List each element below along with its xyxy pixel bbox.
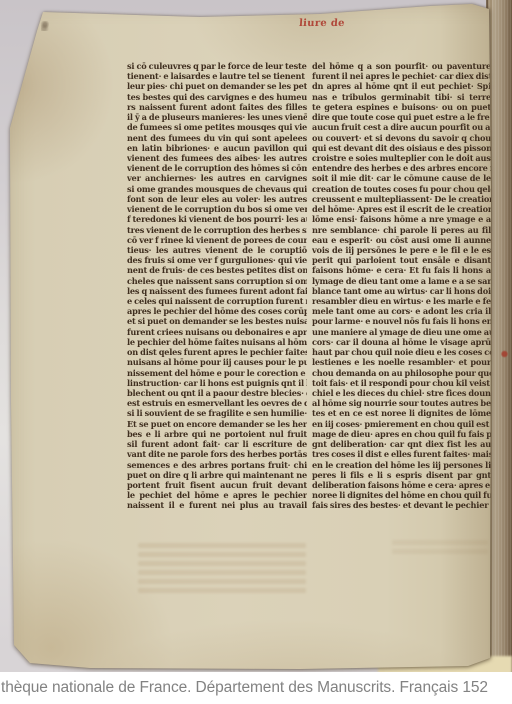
- manuscript-line: cors· car il douna al hōme le visage apr…: [312, 337, 491, 347]
- manuscript-line: leur pies· chi puet on demander se les p…: [127, 81, 307, 91]
- manuscript-line: puet on dire q li arbre qui maintenant n…: [127, 470, 307, 480]
- manuscript-line: le pechiet del hōme e apres le pechier: [127, 490, 307, 500]
- manuscript-line: sil furent adont fait· car li escriture …: [127, 439, 307, 449]
- manuscript-line: lymage de dieu tant ome a lame e a se sa…: [312, 276, 491, 286]
- manuscript-line: dn apres al hōme qnt il eut pechiet· Spi: [312, 81, 491, 91]
- manuscript-line: bes e li arbre qui ne portoient nul frui…: [127, 429, 307, 439]
- manuscript-line: est estruis en esmervellant les oevres d…: [127, 398, 307, 408]
- manuscript-line: linstruction· car li hons est puignis qn…: [127, 378, 307, 388]
- manuscript-line: del hōme q a son pourfit· ou paventure: [312, 61, 491, 71]
- manuscript-line: mage de dieu· apres en chou quil fu fais…: [312, 429, 491, 439]
- rubric-underlined-text: nas e tribulos germinabit tibi·: [312, 92, 452, 102]
- manuscript-line: nent de fruis· de ces bestes petites dis…: [127, 265, 307, 275]
- manuscript-line: tes bestes qui des carvignes e des humeu: [127, 92, 307, 102]
- manuscript-line: perit qui parloient tout ensāle e disant: [312, 255, 491, 265]
- rubric-underlined-text: del hōme·: [312, 204, 355, 214]
- rubric-underlined-text: De le creation: [434, 194, 491, 204]
- manuscript-line: lōme ensi· faisons hōme a nre ymage e a: [312, 214, 491, 224]
- manuscript-line: blechent ou qnt il a paour destre blecie…: [127, 388, 307, 398]
- manuscript-line: des fruis si ome ver f gurguliones· qui …: [127, 255, 307, 265]
- manuscript-line: gnt deliberation· car qnt diex fist les …: [312, 439, 491, 449]
- manuscript-line: creation de toutes coses fu pour chou qe…: [312, 184, 491, 194]
- manuscript-line: resambler dieu en wirtus· e les marle e …: [312, 296, 491, 306]
- manuscript-line: vienent de le corruption du bos si ome v…: [127, 204, 307, 214]
- manuscript-photo: liure de si cō culeuvres q par le force …: [0, 0, 512, 704]
- manuscript-line: croistre e soies multeplier con le doit …: [312, 153, 491, 163]
- manuscript-line: naissent il e furent nei plus au travail: [127, 500, 307, 510]
- ink-bleedthrough-left: [138, 543, 306, 597]
- manuscript-line: en iij coses· pmierement en chou quil es…: [312, 419, 491, 429]
- manuscript-line: noree li dignites del hōme en chou quil …: [312, 490, 491, 500]
- manuscript-line: cheles que naissent sans corruption si o…: [127, 276, 307, 286]
- manuscript-line: lestienes e les noelle resambler· et pou…: [312, 357, 491, 367]
- caption-bar: thèque nationale de France. Département …: [0, 672, 512, 704]
- manuscript-line: qui est devant dit des oisiaus e des pis…: [312, 143, 491, 153]
- manuscript-line: chiel e les dieces du chiel· stre fices …: [312, 388, 491, 398]
- manuscript-line: nuisans al hōme pour iij causes pour le …: [127, 357, 307, 367]
- manuscript-line: nas e tribulos germinabit tibi· si terre: [312, 92, 491, 102]
- manuscript-line: Et se puet on encore demander se les her: [127, 419, 307, 429]
- manuscript-line: rs naissent furent adont faites des fill…: [127, 102, 307, 112]
- manuscript-line: les q naissent des fumees furent adont f…: [127, 286, 307, 296]
- manuscript-line: et si puet on demander se les bestes nui…: [127, 316, 307, 326]
- manuscript-line: nissement del hōme e pour le corection e…: [127, 368, 307, 378]
- manuscript-line: furent criees nuisans ou debonaires e ap…: [127, 327, 307, 337]
- manuscript-line: blance tant ome au wirtus· car li hons d…: [312, 286, 491, 296]
- manuscript-line: on dist qeles furent apres le pechier fa…: [127, 347, 307, 357]
- manuscript-line: une maniere al ymage de dieu une ome au: [312, 327, 491, 337]
- manuscript-line: entendre des herbes e des arbres encore …: [312, 163, 491, 173]
- manuscript-line: tres coses il dist e elles furent faites…: [312, 449, 491, 459]
- manuscript-line: si cō culeuvres q par le force de leur t…: [127, 61, 307, 71]
- manuscript-line: en latin bibriones· e aucun pavillon qui: [127, 143, 307, 153]
- manuscript-line: cō ver f rinee ki vienent de porees de c…: [127, 235, 307, 245]
- manuscript-line: font son de leur eles au voler· les autr…: [127, 194, 307, 204]
- manuscript-line: soit il mie dit· car le cōmune cause de …: [312, 173, 491, 183]
- manuscript-line: vant dite ne parole fors des herbes port…: [127, 449, 307, 459]
- margin-mark: [41, 21, 49, 31]
- ink-bleedthrough-right: [392, 540, 488, 558]
- text-column-left: si cō culeuvres q par le force de leur t…: [127, 61, 307, 513]
- manuscript-line: ver anchiernes· les autres en carvignes: [127, 173, 307, 183]
- manuscript-line: pour larme· e nouvel nōs fu fais li hons…: [312, 316, 491, 326]
- manuscript-line: ou couvert· et si devons du savoir q cho…: [312, 133, 491, 143]
- manuscript-line: si ome grandes mousques de chevaus qui: [127, 184, 307, 194]
- manuscript-line: al hōme sig nourrie sour toutes autres b…: [312, 398, 491, 408]
- manuscript-page: liure de si cō culeuvres q par le force …: [0, 0, 512, 704]
- manuscript-line: del hōme· Apres est il escrit de le crea…: [312, 204, 491, 214]
- text-column-right: del hōme q a son pourfit· ou paventurefu…: [312, 61, 491, 513]
- manuscript-line: tieus· les autres vienent de le coruptiō: [127, 245, 307, 255]
- manuscript-line: aucun fruit cest a dire aucun pourfit ou…: [312, 122, 491, 132]
- manuscript-line: haut par chou quil noie dieu e les coses…: [312, 347, 491, 357]
- manuscript-line: f teredones ki vienent de bos pourri· le…: [127, 214, 307, 224]
- manuscript-line: faisons hōme· e cera· Et fu fais li hons…: [312, 265, 491, 275]
- manuscript-line: e celes qui naissent de corruption furen…: [127, 296, 307, 306]
- manuscript-line: furent il nei apres le pechiet· car diex…: [312, 71, 491, 81]
- manuscript-line: vienent des fumees des aibes· les autres: [127, 153, 307, 163]
- running-title: liure de: [299, 18, 346, 29]
- manuscript-line: te getera espines e buisons· ou on puet: [312, 102, 491, 112]
- manuscript-line: portent fruit fisent aucun fruit devant: [127, 480, 307, 490]
- manuscript-line: si li souvient de se fragilite e sen hum…: [127, 408, 307, 418]
- manuscript-line: mele tant ome au cors· e adont les cria …: [312, 306, 491, 316]
- manuscript-line: il ȳ a de pluseurs manieres· les unes vi…: [127, 112, 307, 122]
- caption-text: thèque nationale de France. Département …: [1, 679, 488, 697]
- manuscript-line: nre semblance· chi parole li peres au fi…: [312, 225, 491, 235]
- rubric-underlined-text: Spi: [477, 81, 491, 91]
- manuscript-line: tres vienent de le corruption des herbes…: [127, 225, 307, 235]
- manuscript-line: fais sires des bestes· et devant le pech…: [312, 500, 491, 510]
- manuscript-line: en le creation del hōme les iij persones…: [312, 460, 491, 470]
- manuscript-line: creussent e multepliassent· De le creati…: [312, 194, 491, 204]
- manuscript-line: apres le pechier del hōme des coses corū…: [127, 306, 307, 316]
- manuscript-line: vienent de le corruption des hōmes si cō…: [127, 163, 307, 173]
- manuscript-line: chou demanda on au philosophe pour quoi …: [312, 368, 491, 378]
- manuscript-line: deliberation faisons hōme e cera· apres …: [312, 480, 491, 490]
- manuscript-line: de fumees si ome petites mousqes qui vie: [127, 122, 307, 132]
- manuscript-line: dire que toute cose qui puet estre a le …: [312, 112, 491, 122]
- manuscript-line: tes et en ce est noree li dignites de lō…: [312, 408, 491, 418]
- page-wrapper: liure de si cō culeuvres q par le force …: [0, 0, 512, 704]
- manuscript-line: peres li fils e li s espris disent par g…: [312, 470, 491, 480]
- manuscript-line: semences e des arbres portans fruit· chi: [127, 460, 307, 470]
- manuscript-line: vois de iij persōnes le pere e le fil e …: [312, 245, 491, 255]
- manuscript-line: toit fais· et il respondi pour chou kil …: [312, 378, 491, 388]
- manuscript-line: tienent· e laisardes e lautre tel se tie…: [127, 71, 307, 81]
- manuscript-line: nent des fumees du vin qui sont apelees: [127, 133, 307, 143]
- manuscript-line: eau e esperit· ou cōst ausi ome li aunne: [312, 235, 491, 245]
- manuscript-line: le pechier del hōme faites nuisans al hō…: [127, 337, 307, 347]
